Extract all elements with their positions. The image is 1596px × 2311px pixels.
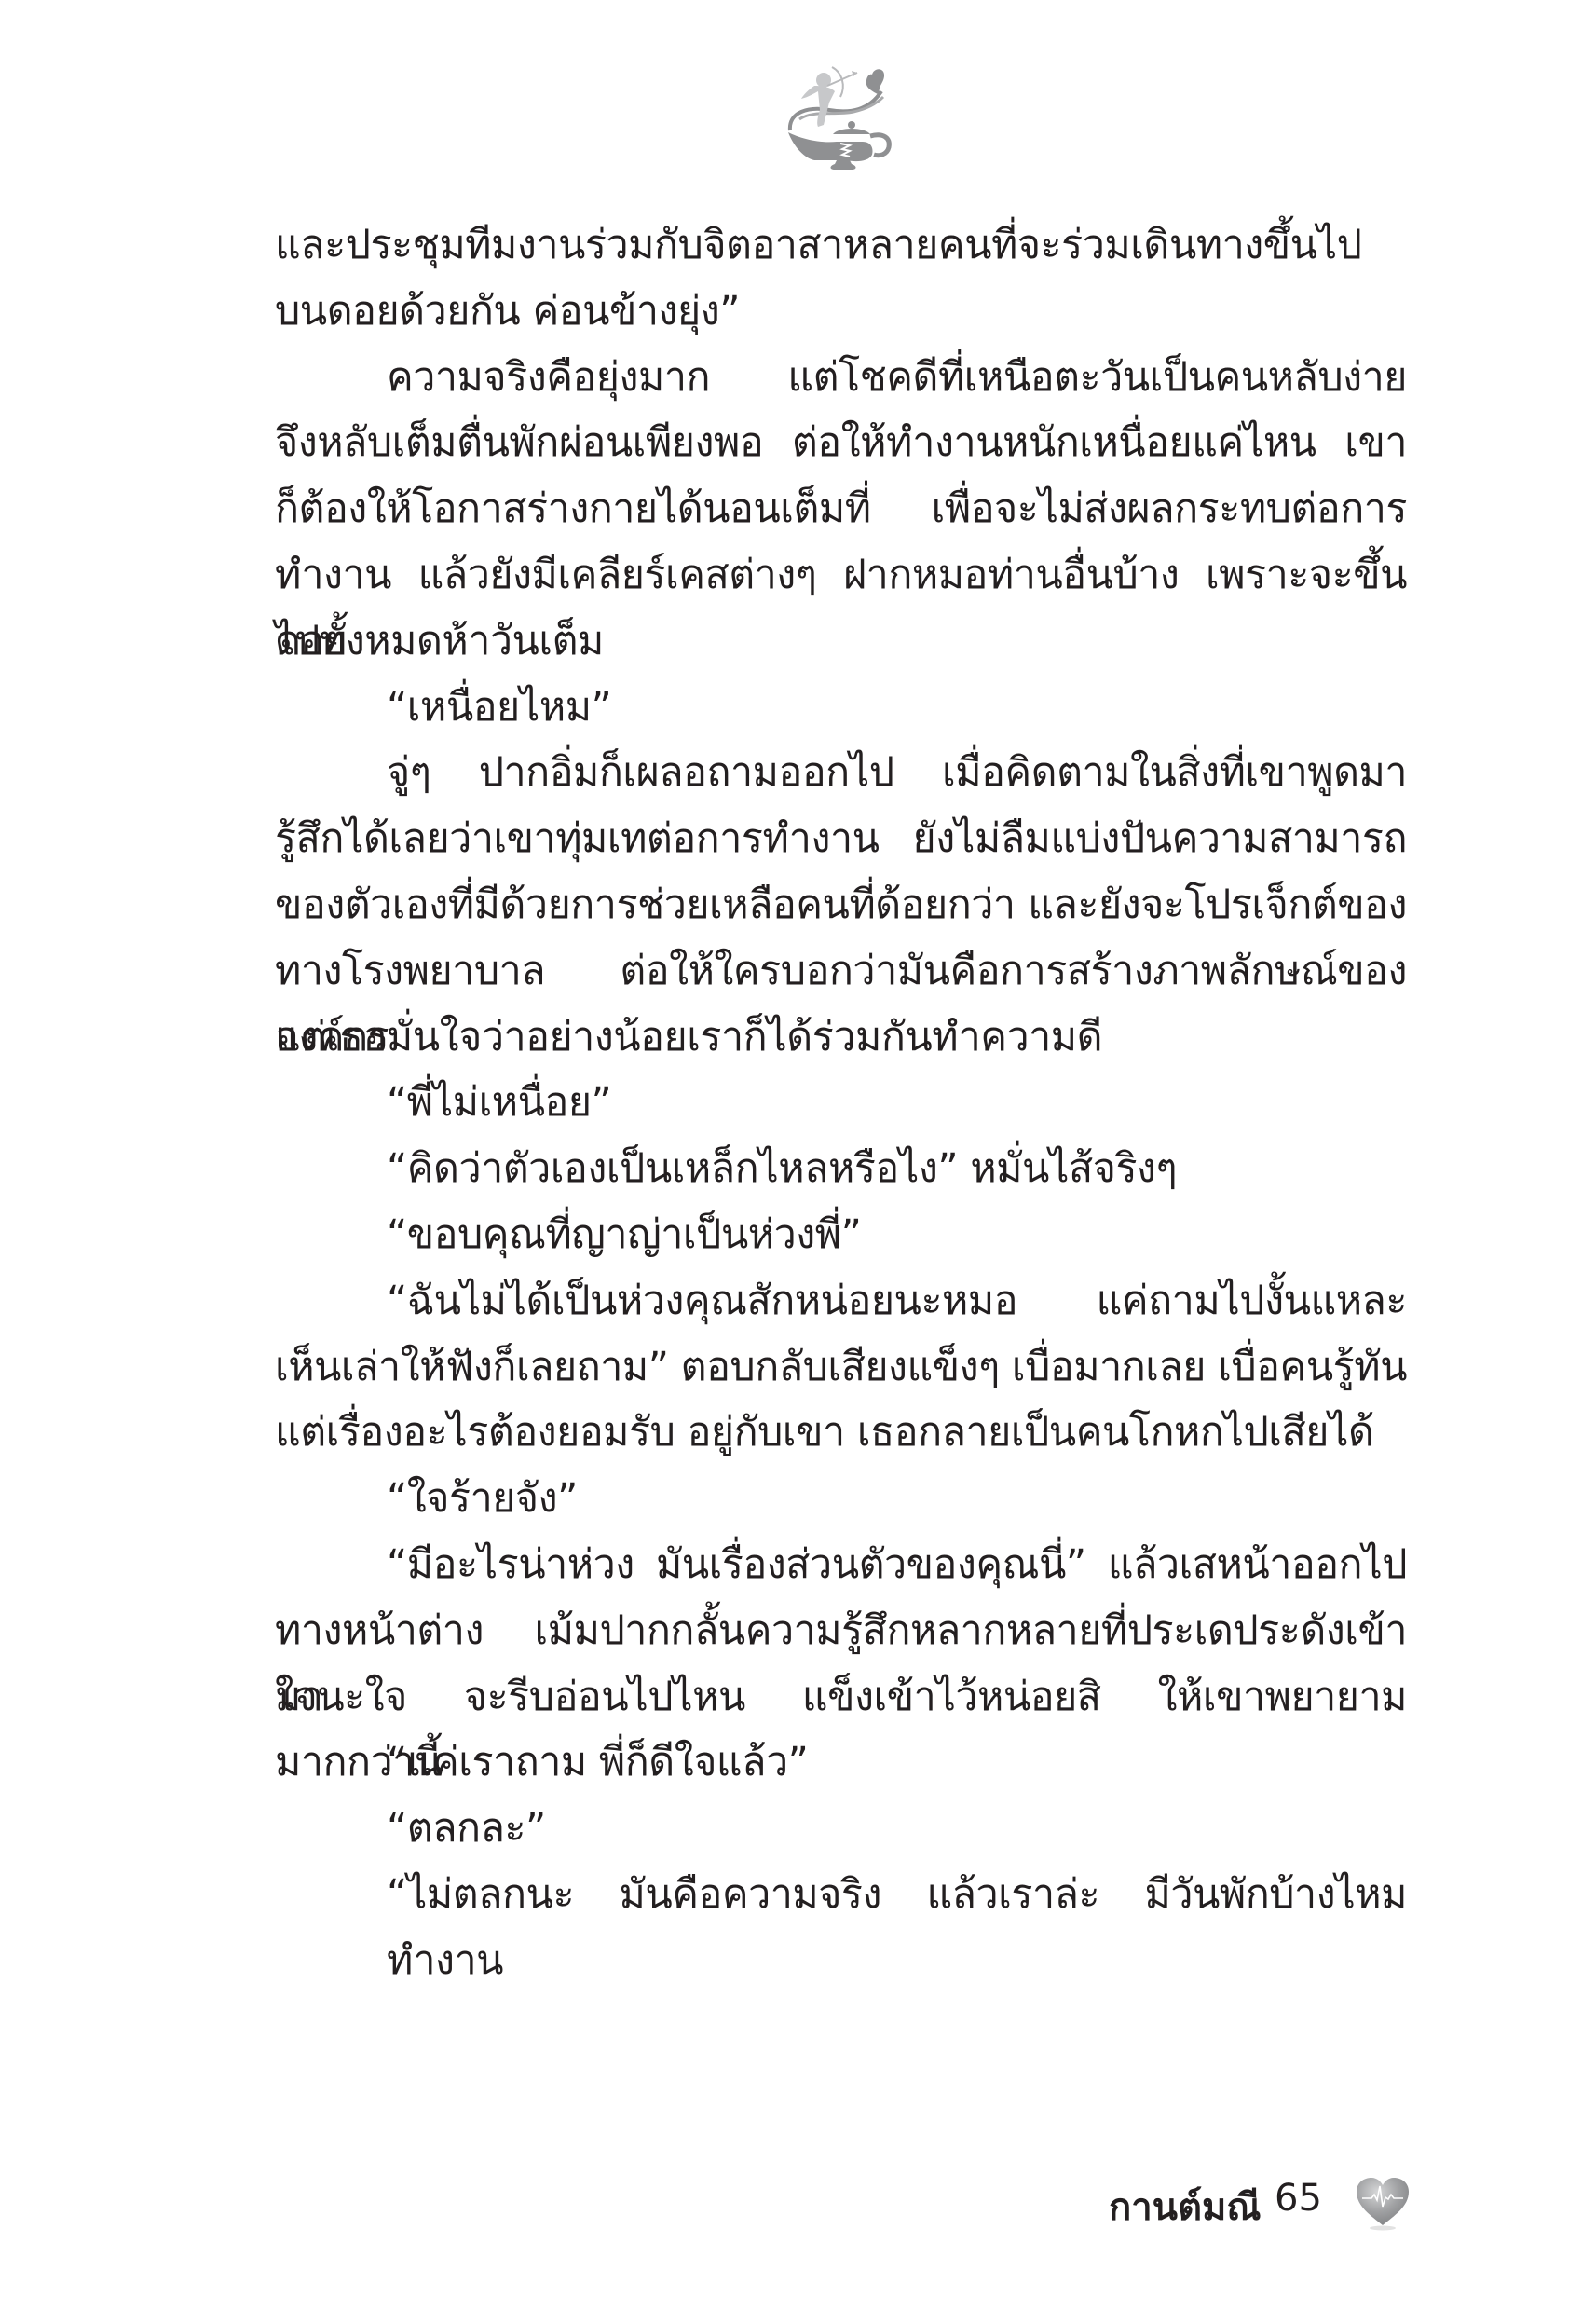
- text-line: “ใจร้ายจัง”: [275, 1466, 1407, 1532]
- text-line: “ไม่ตลกนะ มันคือความจริง แล้วเราล่ะ มีวั…: [275, 1862, 1407, 1928]
- text-line: “ตลกละ”: [275, 1796, 1407, 1862]
- text-line: จู่ๆ ปากอิ่มก็เผลอถามออกไป เมื่อคิดตามใน…: [275, 740, 1407, 806]
- text-line: ความจริงคือยุ่งมาก แต่โชคดีที่เหนือตะวัน…: [275, 345, 1407, 411]
- heart-ecg-icon: [1353, 2175, 1412, 2231]
- page-number: 65: [1275, 2177, 1322, 2220]
- text-line: แต่เธอมั่นใจว่าอย่างน้อยเราก็ได้ร่วมกันท…: [275, 1005, 1407, 1071]
- text-line: “พี่ไม่เหนื่อย”: [275, 1070, 1407, 1136]
- text-line: ทำงาน แล้วยังมีเคลียร์เคสต่างๆ ฝากหมอท่า…: [275, 542, 1407, 609]
- text-line: ของตัวเองที่มีด้วยการช่วยเหลือคนที่ด้อยก…: [275, 872, 1407, 938]
- body-text: และประชุมทีมงานร่วมกับจิตอาสาหลายคนที่จะ…: [275, 212, 1407, 1928]
- text-line: เห็นเล่าให้ฟังก็เลยถาม” ตอบกลับเสียงแข็ง…: [275, 1334, 1407, 1401]
- text-line: แต่เรื่องอะไรต้องยอมรับ อยู่กับเขา เธอกล…: [275, 1400, 1407, 1466]
- text-line: “เหนื่อยไหม”: [275, 675, 1407, 741]
- text-line: ก็ต้องให้โอกาสร่างกายได้นอนเต็มที่ เพื่อ…: [275, 476, 1407, 542]
- cupid-genie-lamp-teapot-icon: [781, 58, 898, 171]
- text-line: “แค่เราถาม พี่ก็ดีใจแล้ว”: [275, 1730, 1407, 1796]
- page-footer: กานต์มณี 65: [1109, 2173, 1425, 2233]
- book-title: กานต์มณี: [1109, 2177, 1261, 2236]
- text-line: “ขอบคุณที่ญาญ่าเป็นห่วงพี่”: [275, 1202, 1407, 1268]
- text-line: ทางโรงพยาบาล ต่อให้ใครบอกว่ามันคือการสร้…: [275, 938, 1407, 1005]
- text-line: “มีอะไรน่าห่วง มันเรื่องส่วนตัวของคุณนี่…: [275, 1532, 1407, 1598]
- text-line: “ฉันไม่ได้เป็นห่วงคุณสักหน่อยนะหมอ แค่ถา…: [275, 1268, 1407, 1334]
- text-line: จึงหลับเต็มตื่นพักผ่อนเพียงพอ ต่อให้ทำงา…: [275, 410, 1407, 476]
- text-line: ใจนะใจ จะรีบอ่อนไปไหน แข็งเข้าไว้หน่อยสิ…: [275, 1664, 1407, 1730]
- text-line: บนดอยด้วยกัน ค่อนข้างยุ่ง”: [275, 279, 1407, 345]
- text-line: ทางหน้าต่าง เม้มปากกลั้นความรู้สึกหลากหล…: [275, 1598, 1407, 1664]
- text-line: “คิดว่าตัวเองเป็นเหล็กไหลหรือไง” หมั่นไส…: [275, 1136, 1407, 1202]
- text-line: ไปทั้งหมดห้าวันเต็ม: [275, 609, 1407, 675]
- text-line: และประชุมทีมงานร่วมกับจิตอาสาหลายคนที่จะ…: [275, 212, 1407, 279]
- text-line: รู้สึกได้เลยว่าเขาทุ่มเทต่อการทำงาน ยังไ…: [275, 806, 1407, 872]
